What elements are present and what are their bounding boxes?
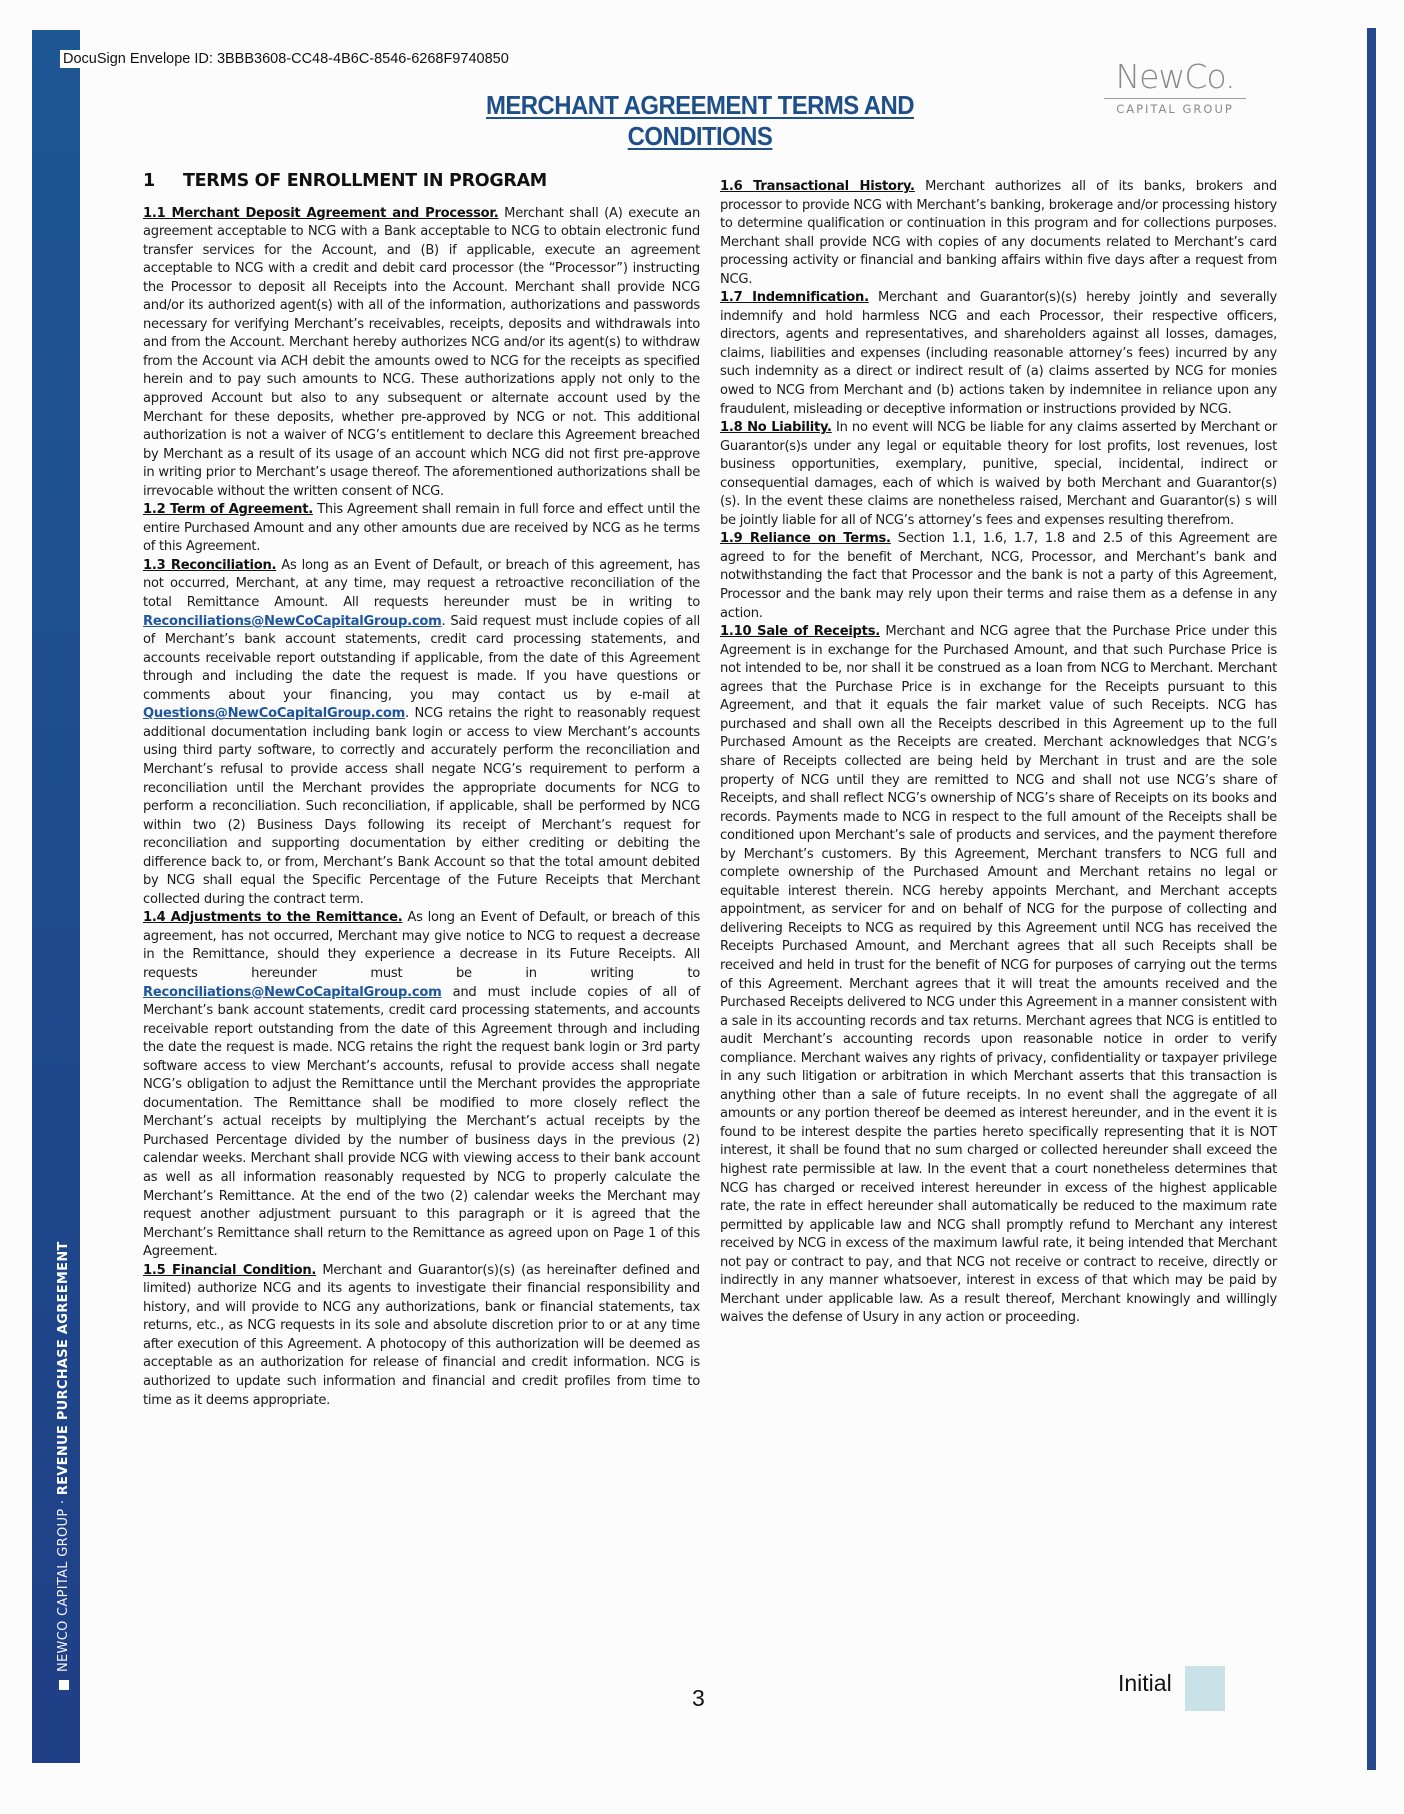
clause-heading: 1.2 Term of Agreement. [143, 502, 313, 517]
clause-heading: 1.7 Indemnification. [720, 290, 869, 305]
right-edge-bar [1367, 28, 1376, 1770]
left-column: 1TERMS OF ENROLLMENT IN PROGRAM 1.1 Merc… [143, 172, 700, 1410]
clause-body: Merchant and Guarantor(s)(s) (as hereina… [143, 1263, 700, 1408]
side-banner-text: NEWCO CAPITAL GROUP · REVENUE PURCHASE A… [56, 1241, 71, 1690]
logo-subtitle: CAPITAL GROUP [1100, 102, 1250, 116]
docusign-envelope-id: DocuSign Envelope ID: 3BBB3608-CC48-4B6C… [60, 50, 512, 68]
initial-signature-field[interactable] [1185, 1666, 1225, 1711]
section-title: TERMS OF ENROLLMENT IN PROGRAM [183, 171, 547, 191]
page-number: 3 [692, 1685, 705, 1712]
clause-1-10: 1.10 Sale of Receipts. Merchant and NCG … [720, 623, 1277, 1328]
logo-divider [1104, 98, 1246, 99]
reconciliations-email-link[interactable]: Reconciliations@NewCoCapitalGroup.com [143, 614, 442, 629]
clause-1-6: 1.6 Transactional History. Merchant auth… [720, 178, 1277, 289]
questions-email-link[interactable]: Questions@NewCoCapitalGroup.com [143, 706, 405, 721]
clause-heading: 1.6 Transactional History. [720, 179, 915, 194]
clause-body: Merchant authorizes all of its banks, br… [720, 179, 1277, 287]
clause-heading: 1.1 Merchant Deposit Agreement and Proce… [143, 206, 498, 221]
clause-1-3: 1.3 Reconciliation. As long as an Event … [143, 557, 700, 909]
clause-1-7: 1.7 Indemnification. Merchant and Guaran… [720, 289, 1277, 419]
page-title: MERCHANT AGREEMENT TERMS AND CONDITIONS [415, 90, 985, 152]
clause-heading: 1.8 No Liability. [720, 420, 832, 435]
clause-body: . NCG retains the right to reasonably re… [143, 706, 700, 906]
side-banner-doc-type: REVENUE PURCHASE AGREEMENT [56, 1241, 71, 1495]
initial-label: Initial [1118, 1670, 1172, 1697]
company-logo: NewCo. CAPITAL GROUP [1100, 58, 1250, 116]
clause-heading: 1.3 Reconciliation. [143, 558, 276, 573]
clause-1-2: 1.2 Term of Agreement. This Agreement sh… [143, 501, 700, 557]
clause-body: Merchant and NCG agree that the Purchase… [720, 624, 1277, 1325]
side-banner-company: NEWCO CAPITAL GROUP · [56, 1495, 71, 1672]
clause-1-9: 1.9 Reliance on Terms. Section 1.1, 1.6,… [720, 530, 1277, 623]
document-page: NEWCO CAPITAL GROUP · REVENUE PURCHASE A… [0, 0, 1404, 1814]
clause-1-4: 1.4 Adjustments to the Remittance. As lo… [143, 909, 700, 1261]
reconciliations-email-link[interactable]: Reconciliations@NewCoCapitalGroup.com [143, 985, 442, 1000]
clause-1-1: 1.1 Merchant Deposit Agreement and Proce… [143, 205, 700, 502]
clause-body: Merchant and Guarantor(s)(s) hereby join… [720, 290, 1277, 416]
section-heading: 1TERMS OF ENROLLMENT IN PROGRAM [143, 172, 700, 191]
square-bullet-icon [59, 1680, 69, 1690]
clause-heading: 1.4 Adjustments to the Remittance. [143, 910, 402, 925]
clause-1-5: 1.5 Financial Condition. Merchant and Gu… [143, 1262, 700, 1410]
clause-body: Merchant shall (A) execute an agreement … [143, 206, 700, 499]
clause-body: and must include copies of all of Mercha… [143, 985, 700, 1260]
clause-heading: 1.9 Reliance on Terms. [720, 531, 891, 546]
right-column: 1.6 Transactional History. Merchant auth… [720, 178, 1277, 1328]
clause-heading: 1.5 Financial Condition. [143, 1263, 316, 1278]
clause-1-8: 1.8 No Liability. In no event will NCG b… [720, 419, 1277, 530]
logo-wordmark: NewCo. [1100, 58, 1250, 96]
section-number: 1 [143, 172, 183, 191]
clause-body: In no event will NCG be liable for any c… [720, 420, 1277, 528]
clause-heading: 1.10 Sale of Receipts. [720, 624, 880, 639]
